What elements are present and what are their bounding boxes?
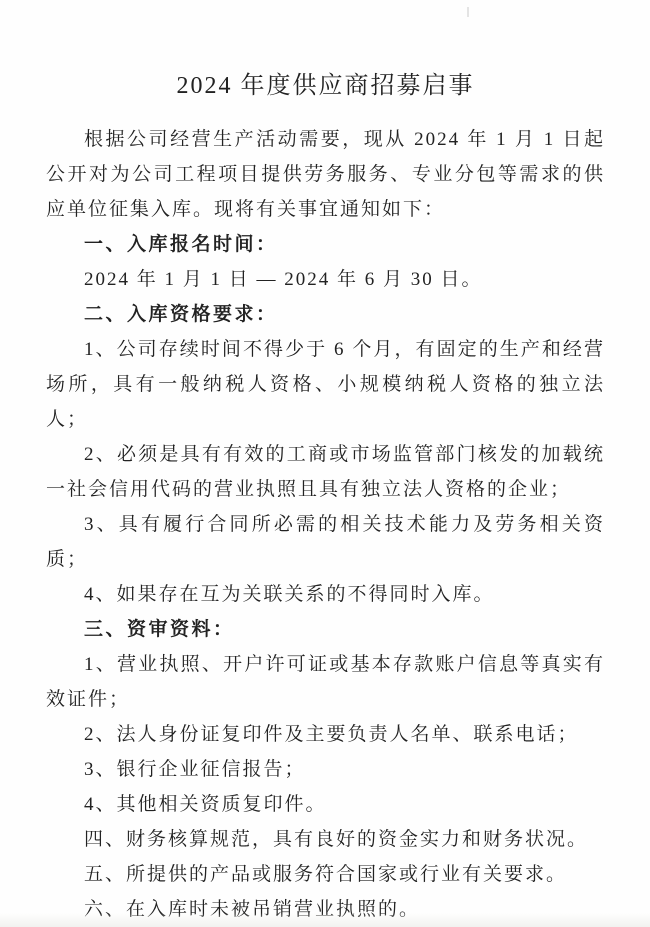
section-heading-1: 一、入库报名时间：	[46, 227, 605, 262]
section3-item-1: 1、营业执照、开户许可证或基本存款账户信息等真实有效证件；	[46, 647, 605, 717]
section-5-line: 五、所提供的产品或服务符合国家或行业有关要求。	[46, 857, 605, 892]
section2-item-1: 1、公司存续时间不得少于 6 个月，有固定的生产和经营场所，具有一般纳税人资格、…	[46, 332, 605, 437]
intro-paragraph: 根据公司经营生产活动需要，现从 2024 年 1 月 1 日起公开对为公司工程项…	[46, 122, 605, 227]
section3-item-2: 2、法人身份证复印件及主要负责人名单、联系电话；	[46, 717, 605, 752]
section-heading-3: 三、资审资料：	[46, 612, 605, 647]
section2-item-3: 3、具有履行合同所必需的相关技术能力及劳务相关资质；	[46, 507, 605, 577]
section2-item-2: 2、必须是具有有效的工商或市场监管部门核发的加载统一社会信用代码的营业执照且具有…	[46, 437, 605, 507]
section-heading-2: 二、入库资格要求：	[46, 297, 605, 332]
document-title: 2024 年度供应商招募启事	[46, 66, 605, 106]
registration-period: 2024 年 1 月 1 日 — 2024 年 6 月 30 日。	[46, 262, 605, 297]
scan-edge-shadow	[0, 913, 650, 927]
section3-item-4: 4、其他相关资质复印件。	[46, 787, 605, 822]
scan-artifact-mark	[467, 7, 469, 17]
section2-item-4: 4、如果存在互为关联关系的不得同时入库。	[46, 577, 605, 612]
section-4-line: 四、财务核算规范，具有良好的资金实力和财务状况。	[46, 822, 605, 857]
document-body: 根据公司经营生产活动需要，现从 2024 年 1 月 1 日起公开对为公司工程项…	[46, 122, 605, 927]
scanned-document-page: 2024 年度供应商招募启事 根据公司经营生产活动需要，现从 2024 年 1 …	[0, 0, 650, 927]
section3-item-3: 3、银行企业征信报告；	[46, 752, 605, 787]
